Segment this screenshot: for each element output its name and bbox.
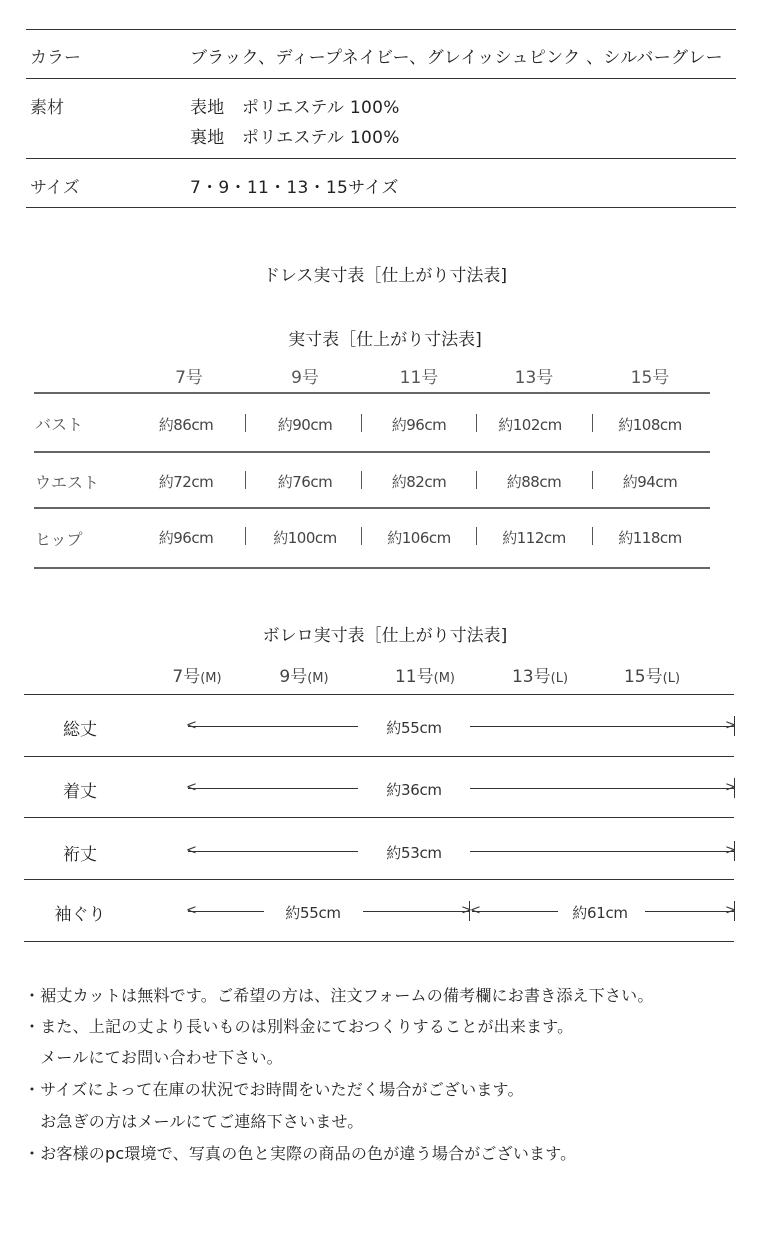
dimension-line <box>470 726 734 727</box>
divider <box>24 756 734 757</box>
cell: 約88cm <box>484 471 584 492</box>
spec-value-size: 7・9・11・13・15サイズ <box>190 173 399 198</box>
divider <box>34 392 710 394</box>
fit-label: (M) <box>434 671 455 686</box>
cell: 約118cm <box>600 527 700 548</box>
dress-header-13: 13号 <box>484 363 584 388</box>
separator <box>592 414 593 432</box>
separator <box>361 471 362 489</box>
spec-label-color: カラー <box>30 43 81 68</box>
value: 約55cm <box>364 717 464 738</box>
cell: 約94cm <box>600 471 700 492</box>
separator <box>361 527 362 545</box>
divider <box>24 694 734 695</box>
row-label: バスト <box>35 412 83 435</box>
cell: 約112cm <box>484 527 584 548</box>
row-label: 総丈 <box>40 715 120 740</box>
separator <box>476 471 477 489</box>
cell: 約82cm <box>369 471 469 492</box>
divider <box>24 879 734 880</box>
end-tick <box>734 901 735 921</box>
end-tick <box>734 716 735 736</box>
cell: 約100cm <box>255 527 355 548</box>
divider <box>26 29 736 30</box>
spec-label-size: サイズ <box>30 173 80 198</box>
size-label: 13号 <box>512 667 551 687</box>
cell: 約86cm <box>136 414 236 435</box>
end-tick <box>734 778 735 798</box>
divider <box>26 158 736 159</box>
fit-label: (M) <box>200 671 221 686</box>
dimension-line <box>363 911 469 912</box>
dimension-line <box>188 911 264 912</box>
cell: 約90cm <box>255 414 355 435</box>
value: 約36cm <box>364 779 464 800</box>
separator <box>592 527 593 545</box>
dimension-line <box>470 788 734 789</box>
note-item: お急ぎの方はメールにてご連絡下さいませ。 <box>24 1109 363 1132</box>
divider <box>26 207 736 208</box>
cell: 約96cm <box>369 414 469 435</box>
separator <box>592 471 593 489</box>
spec-value-color: ブラック、ディープネイビー、グレイッシュピンク 、シルバーグレー <box>190 43 723 68</box>
dress-table-title: 実寸表［仕上がり寸法表] <box>0 325 770 350</box>
value-11-15: 約61cm <box>550 902 650 923</box>
note-item: ・サイズによって在庫の状況でお時間をいただく場合がございます。 <box>24 1077 524 1100</box>
end-tick <box>734 841 735 861</box>
spec-value-lining-material: 裏地 ポリエステル 100% <box>190 123 400 148</box>
value-7-9: 約55cm <box>263 902 363 923</box>
dimension-line <box>470 851 734 852</box>
cell: 約76cm <box>255 471 355 492</box>
divider <box>24 941 734 942</box>
row-label: ウエスト <box>35 470 99 493</box>
dress-header-15: 15号 <box>600 363 700 388</box>
bolero-header-7: 7号(M) <box>142 662 252 687</box>
size-label: 11号 <box>395 667 434 687</box>
size-label: 15号 <box>624 667 663 687</box>
separator <box>245 414 246 432</box>
row-label: 裄丈 <box>40 840 120 865</box>
size-label: 7号 <box>172 667 200 687</box>
dimension-line <box>188 788 358 789</box>
cell: 約108cm <box>600 414 700 435</box>
bolero-header-9: 9号(M) <box>249 662 359 687</box>
spec-label-material: 素材 <box>30 93 64 118</box>
value: 約53cm <box>364 842 464 863</box>
divider <box>34 507 710 509</box>
cell: 約72cm <box>136 471 236 492</box>
divider <box>26 78 736 79</box>
divider <box>34 567 710 569</box>
fit-label: (L) <box>663 671 680 686</box>
row-label: 袖ぐり <box>40 900 120 925</box>
separator <box>361 414 362 432</box>
note-item: メールにてお問い合わせ下さい。 <box>24 1045 283 1068</box>
separator <box>245 527 246 545</box>
fit-label: (L) <box>551 671 568 686</box>
dimension-line <box>188 726 358 727</box>
note-item: ・また、上記の丈より長いものは別料金にておつくりすることが出来ます。 <box>24 1014 573 1037</box>
separator <box>476 414 477 432</box>
dress-header-7: 7号 <box>139 363 239 388</box>
separator <box>476 527 477 545</box>
spec-value-outer-material: 表地 ポリエステル 100% <box>190 93 400 118</box>
fit-label: (M) <box>307 671 328 686</box>
dress-section-title: ドレス実寸表［仕上がり寸法表] <box>0 261 770 286</box>
row-label: 着丈 <box>40 777 120 802</box>
separator <box>245 471 246 489</box>
note-item: ・お客様のpc環境で、写真の色と実際の商品の色が違う場合がございます。 <box>24 1141 576 1164</box>
dress-header-11: 11号 <box>369 363 469 388</box>
bolero-section-title: ボレロ実寸表［仕上がり寸法表] <box>0 621 770 646</box>
bolero-header-15: 15号(L) <box>597 662 707 687</box>
dimension-line <box>472 911 558 912</box>
row-label: ヒップ <box>35 527 83 550</box>
dimension-line <box>645 911 734 912</box>
divider <box>24 817 734 818</box>
divider <box>34 451 710 453</box>
dress-header-9: 9号 <box>255 363 355 388</box>
dimension-line <box>188 851 358 852</box>
cell: 約102cm <box>480 414 580 435</box>
size-label: 9号 <box>279 667 307 687</box>
note-item: ・裾丈カットは無料です。ご希望の方は、注文フォームの備考欄にお書き添え下さい。 <box>24 983 654 1006</box>
bolero-header-13: 13号(L) <box>485 662 595 687</box>
bolero-header-11: 11号(M) <box>370 662 480 687</box>
cell: 約96cm <box>136 527 236 548</box>
cell: 約106cm <box>369 527 469 548</box>
